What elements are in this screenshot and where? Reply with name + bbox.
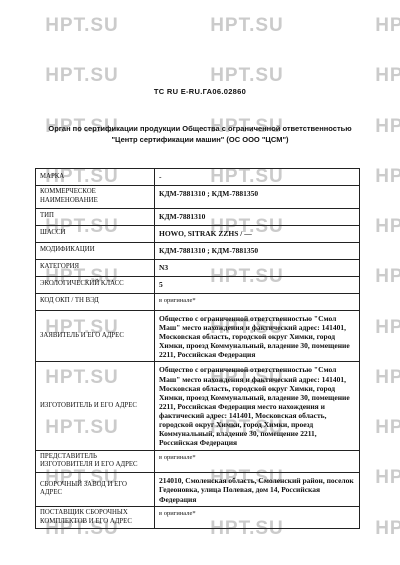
- watermark-text: HPT.SU: [375, 518, 400, 540]
- row-label: СБОРОЧНЫЙ ЗАВОД И ЕГО АДРЕС: [36, 473, 155, 506]
- row-label: КОММЕРЧЕСКОЕ НАИМЕНОВАНИЕ: [36, 186, 155, 209]
- row-value: КДМ-7881310 ; КДМ-7881350: [155, 186, 360, 209]
- table-row-modifications: МОДИФИКАЦИИ КДМ-7881310 ; КДМ-7881350: [36, 242, 360, 259]
- row-value: Общество с ограниченной ответственностью…: [155, 310, 360, 362]
- certification-body: Орган по сертификации продукции Общества…: [38, 124, 362, 146]
- table-row-category: КАТЕГОРИЯ N3: [36, 259, 360, 276]
- certificate-page: HPT.SUHPT.SUHPT.SUHPT.SUHPT.SUHPT.SUHPT.…: [0, 0, 400, 565]
- watermark-text: HPT.SU: [375, 116, 400, 138]
- row-value: в оригинале*: [155, 506, 360, 529]
- table-row-applicant: ЗАЯВИТЕЛЬ И ЕГО АДРЕС Общество с огранич…: [36, 310, 360, 362]
- table-row-manufacturer: ИЗГОТОВИТЕЛЬ И ЕГО АДРЕС Общество с огра…: [36, 362, 360, 450]
- watermark-text: HPT.SU: [375, 367, 400, 389]
- watermark-text: HPT.SU: [45, 15, 119, 37]
- table-row-assembly-plant: СБОРОЧНЫЙ ЗАВОД И ЕГО АДРЕС 214010, Смол…: [36, 473, 360, 506]
- approval-number: ТС RU E-RU.ГА06.02860: [0, 87, 400, 96]
- row-label: МАРКА: [36, 169, 155, 186]
- row-label: ШАССИ: [36, 225, 155, 242]
- watermark-text: HPT.SU: [375, 467, 400, 489]
- row-value: в оригинале*: [155, 450, 360, 473]
- row-value: Общество с ограниченной ответственностью…: [155, 362, 360, 450]
- row-value: КДМ-7881310 ; КДМ-7881350: [155, 242, 360, 259]
- table-row-commercial-name: КОММЕРЧЕСКОЕ НАИМЕНОВАНИЕ КДМ-7881310 ; …: [36, 186, 360, 209]
- row-label: ЗАЯВИТЕЛЬ И ЕГО АДРЕС: [36, 310, 155, 362]
- row-value: N3: [155, 259, 360, 276]
- row-label: КОД ОКП / ТН ВЭД: [36, 293, 155, 310]
- row-label: ИЗГОТОВИТЕЛЬ И ЕГО АДРЕС: [36, 362, 155, 450]
- table-row-type: ТИП КДМ-7881310: [36, 208, 360, 225]
- watermark-text: HPT.SU: [210, 15, 284, 37]
- row-label: ПРЕДСТАВИТЕЛЬ ИЗГОТОВИТЕЛЯ И ЕГО АДРЕС: [36, 450, 155, 473]
- watermark-text: HPT.SU: [45, 65, 119, 87]
- row-value: 5: [155, 276, 360, 293]
- watermark-text: HPT.SU: [375, 216, 400, 238]
- row-value: КДМ-7881310: [155, 208, 360, 225]
- row-label: КАТЕГОРИЯ: [36, 259, 155, 276]
- row-value: HOWO, SITRAK ZZHS / —: [155, 225, 360, 242]
- watermark-text: HPT.SU: [375, 417, 400, 439]
- table-row-okp-code: КОД ОКП / ТН ВЭД в оригинале*: [36, 293, 360, 310]
- watermark-text: HPT.SU: [375, 317, 400, 339]
- vehicle-spec-table: МАРКА - КОММЕРЧЕСКОЕ НАИМЕНОВАНИЕ КДМ-78…: [35, 168, 360, 529]
- row-label: ЭКОЛОГИЧЕСКИЙ КЛАСС: [36, 276, 155, 293]
- watermark-text: HPT.SU: [210, 65, 284, 87]
- row-value: -: [155, 169, 360, 186]
- watermark-text: HPT.SU: [375, 65, 400, 87]
- watermark-text: HPT.SU: [375, 166, 400, 188]
- row-label: МОДИФИКАЦИИ: [36, 242, 155, 259]
- table-row-marka: МАРКА -: [36, 169, 360, 186]
- row-value: 214010, Смоленская область, Смоленский р…: [155, 473, 360, 506]
- table-row-representative: ПРЕДСТАВИТЕЛЬ ИЗГОТОВИТЕЛЯ И ЕГО АДРЕС в…: [36, 450, 360, 473]
- table-row-kit-supplier: ПОСТАВЩИК СБОРОЧНЫХ КОМПЛЕКТОВ И ЕГО АДР…: [36, 506, 360, 529]
- watermark-text: HPT.SU: [375, 15, 400, 37]
- table-row-chassis: ШАССИ HOWO, SITRAK ZZHS / —: [36, 225, 360, 242]
- row-label: ТИП: [36, 208, 155, 225]
- watermark-text: HPT.SU: [375, 266, 400, 288]
- row-value: в оригинале*: [155, 293, 360, 310]
- row-label: ПОСТАВЩИК СБОРОЧНЫХ КОМПЛЕКТОВ И ЕГО АДР…: [36, 506, 155, 529]
- table-row-eco-class: ЭКОЛОГИЧЕСКИЙ КЛАСС 5: [36, 276, 360, 293]
